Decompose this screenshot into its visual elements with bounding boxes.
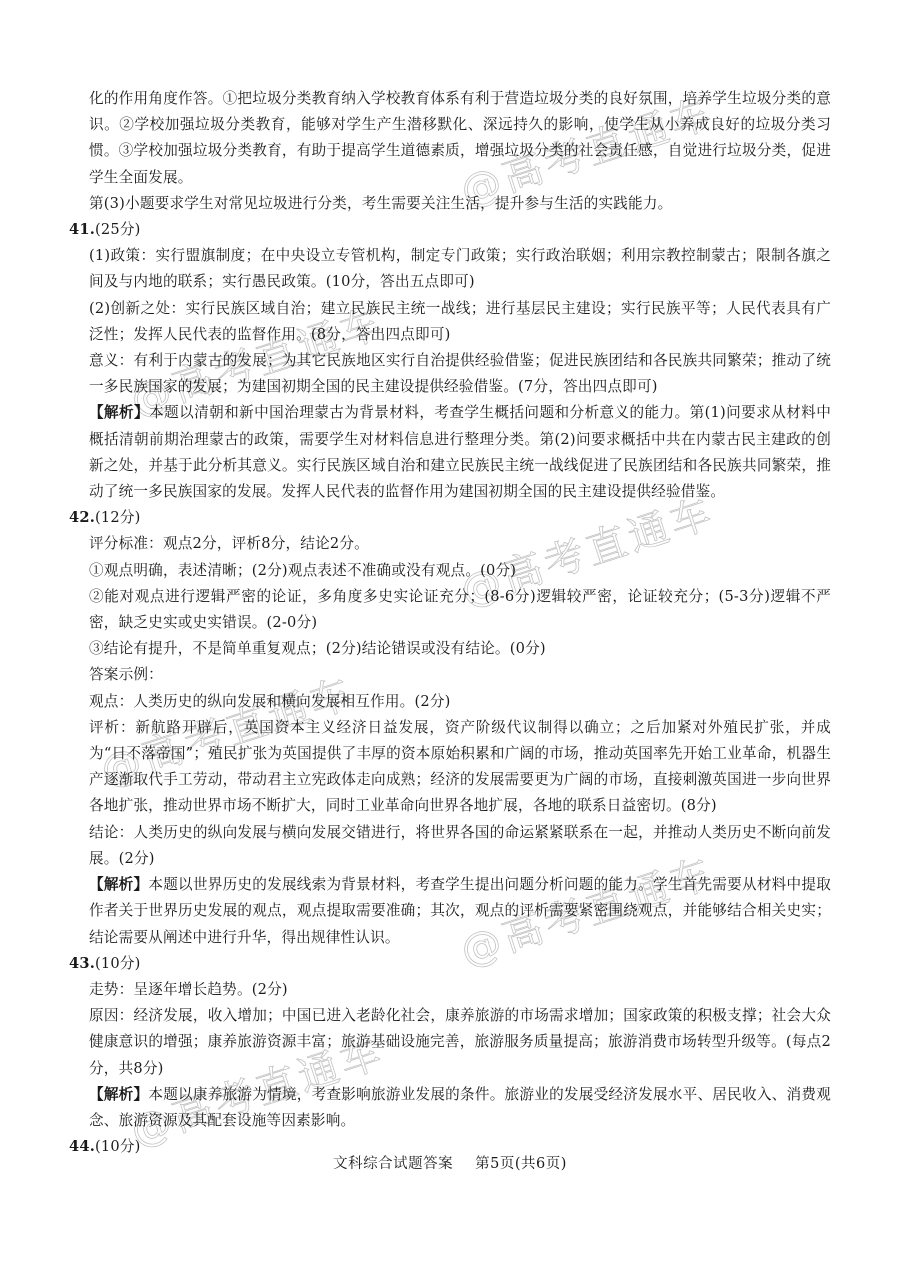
page-number: 第5页(共6页) (475, 1156, 567, 1172)
answer-paragraph: ②能对观点进行逻辑严密的论证，多角度多史实论证充分；(8-6分)逻辑较严密，论证… (89, 584, 831, 636)
answer-paragraph: ③结论有提升，不是简单重复观点；(2分)结论错误或没有结论。(0分) (89, 636, 831, 662)
answer-paragraph: 结论：人类历史的纵向发展与横向发展交错进行，将世界各国的命运紧紧联系在一起，并推… (89, 820, 831, 872)
answer-paragraph: 原因：经济发展，收入增加；中国已进入老龄化社会，康养旅游的市场需求增加；国家政策… (89, 1003, 831, 1082)
answer-paragraph: 走势：呈逐年增长趋势。(2分) (89, 977, 831, 1003)
question-score: (25分) (95, 221, 141, 238)
answer-paragraph: (1)政策：实行盟旗制度；在中央设立专管机构，制定专门政策；实行政治联姻；利用宗… (89, 243, 831, 295)
footer-title: 文科综合试题答案 (333, 1156, 453, 1172)
analysis-tag: 【解析】 (89, 876, 148, 893)
analysis-text: 本题以康养旅游为情境，考查影响旅游业发展的条件。旅游业的发展受经济发展水平、居民… (89, 1086, 831, 1129)
question-heading-42: 42.(12分) (69, 505, 831, 531)
question-heading-43: 43.(10分) (69, 951, 831, 977)
answer-paragraph: 意义：有利于内蒙古的发展；为其它民族地区实行自治提供经验借鉴；促进民族团结和各民… (89, 348, 831, 400)
question-number: 42. (69, 509, 95, 526)
intro-paragraph: 化的作用角度作答。①把垃圾分类教育纳入学校教育体系有利于营造垃圾分类的良好氛围，… (89, 86, 831, 191)
answer-paragraph: (2)创新之处：实行民族区域自治；建立民族民主统一战线；进行基层民主建设；实行民… (89, 296, 831, 348)
analysis-paragraph: 【解析】本题以康养旅游为情境，考查影响旅游业发展的条件。旅游业的发展受经济发展水… (89, 1082, 831, 1134)
analysis-text: 本题以世界历史的发展线索为背景材料，考查学生提出问题分析问题的能力。学生首先需要… (89, 876, 831, 945)
answer-paragraph: 观点：人类历史的纵向发展和横向发展相互作用。(2分) (89, 689, 831, 715)
answer-paragraph: ①观点明确，表述清晰；(2分)观点表述不准确或没有观点。(0分) (89, 558, 831, 584)
analysis-tag: 【解析】 (89, 404, 149, 421)
question-number: 43. (69, 955, 95, 972)
analysis-text: 本题以清朝和新中国治理蒙古为背景材料，考查学生概括问题和分析意义的能力。第(1)… (89, 404, 831, 500)
question-score: (12分) (95, 509, 141, 526)
analysis-paragraph: 【解析】本题以世界历史的发展线索为背景材料，考查学生提出问题分析问题的能力。学生… (89, 872, 831, 951)
question-number: 41. (69, 221, 95, 238)
answer-paragraph: 评析：新航路开辟后，英国资本主义经济日益发展，资产阶级代议制得以确立；之后加紧对… (89, 715, 831, 820)
question-score: (10分) (95, 955, 141, 972)
intro-paragraph: 第(3)小题要求学生对常见垃圾进行分类，考生需要关注生活，提升参与生活的实践能力… (89, 191, 831, 217)
answer-paragraph: 答案示例： (89, 662, 831, 688)
analysis-paragraph: 【解析】本题以清朝和新中国治理蒙古为背景材料，考查学生概括问题和分析意义的能力。… (89, 400, 831, 505)
page-footer: 文科综合试题答案第5页(共6页) (0, 1152, 900, 1173)
question-heading-41: 41.(25分) (69, 217, 831, 243)
document-page: @高考直通车 @高考直通车 @高考直通车 @高考直通车 @高考直通车 @高考直通… (0, 0, 900, 1262)
analysis-tag: 【解析】 (89, 1086, 148, 1103)
answer-content: 化的作用角度作答。①把垃圾分类教育纳入学校教育体系有利于营造垃圾分类的良好氛围，… (89, 86, 831, 1160)
answer-paragraph: 评分标准：观点2分，评析8分，结论2分。 (89, 531, 831, 557)
